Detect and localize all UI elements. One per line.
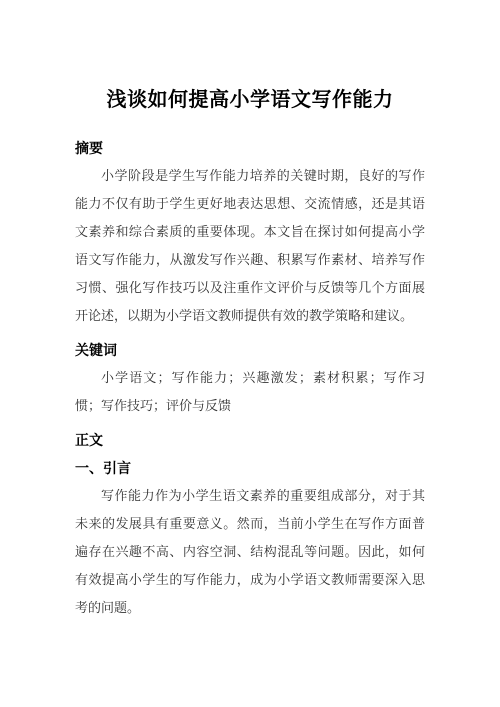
abstract-heading: 摘要 xyxy=(75,134,425,162)
document-page: 浅谈如何提高小学语文写作能力 摘要 小学阶段是学生写作能力培养的关键时期，良好的… xyxy=(0,0,500,707)
main-body-heading: 正文 xyxy=(75,426,425,454)
section-1-introduction-paragraph: 写作能力作为小学生语文素养的重要组成部分，对于其未来的发展具有重要意义。然而，当… xyxy=(75,482,425,622)
abstract-paragraph: 小学阶段是学生写作能力培养的关键时期，良好的写作能力不仅有助于学生更好地表达思想… xyxy=(75,162,425,330)
keywords-heading: 关键词 xyxy=(75,336,425,364)
keywords-paragraph: 小学语文；写作能力；兴趣激发；素材积累；写作习惯；写作技巧；评价与反馈 xyxy=(75,364,425,420)
document-title: 浅谈如何提高小学语文写作能力 xyxy=(75,88,425,112)
section-1-introduction-heading: 一、引言 xyxy=(75,454,425,482)
